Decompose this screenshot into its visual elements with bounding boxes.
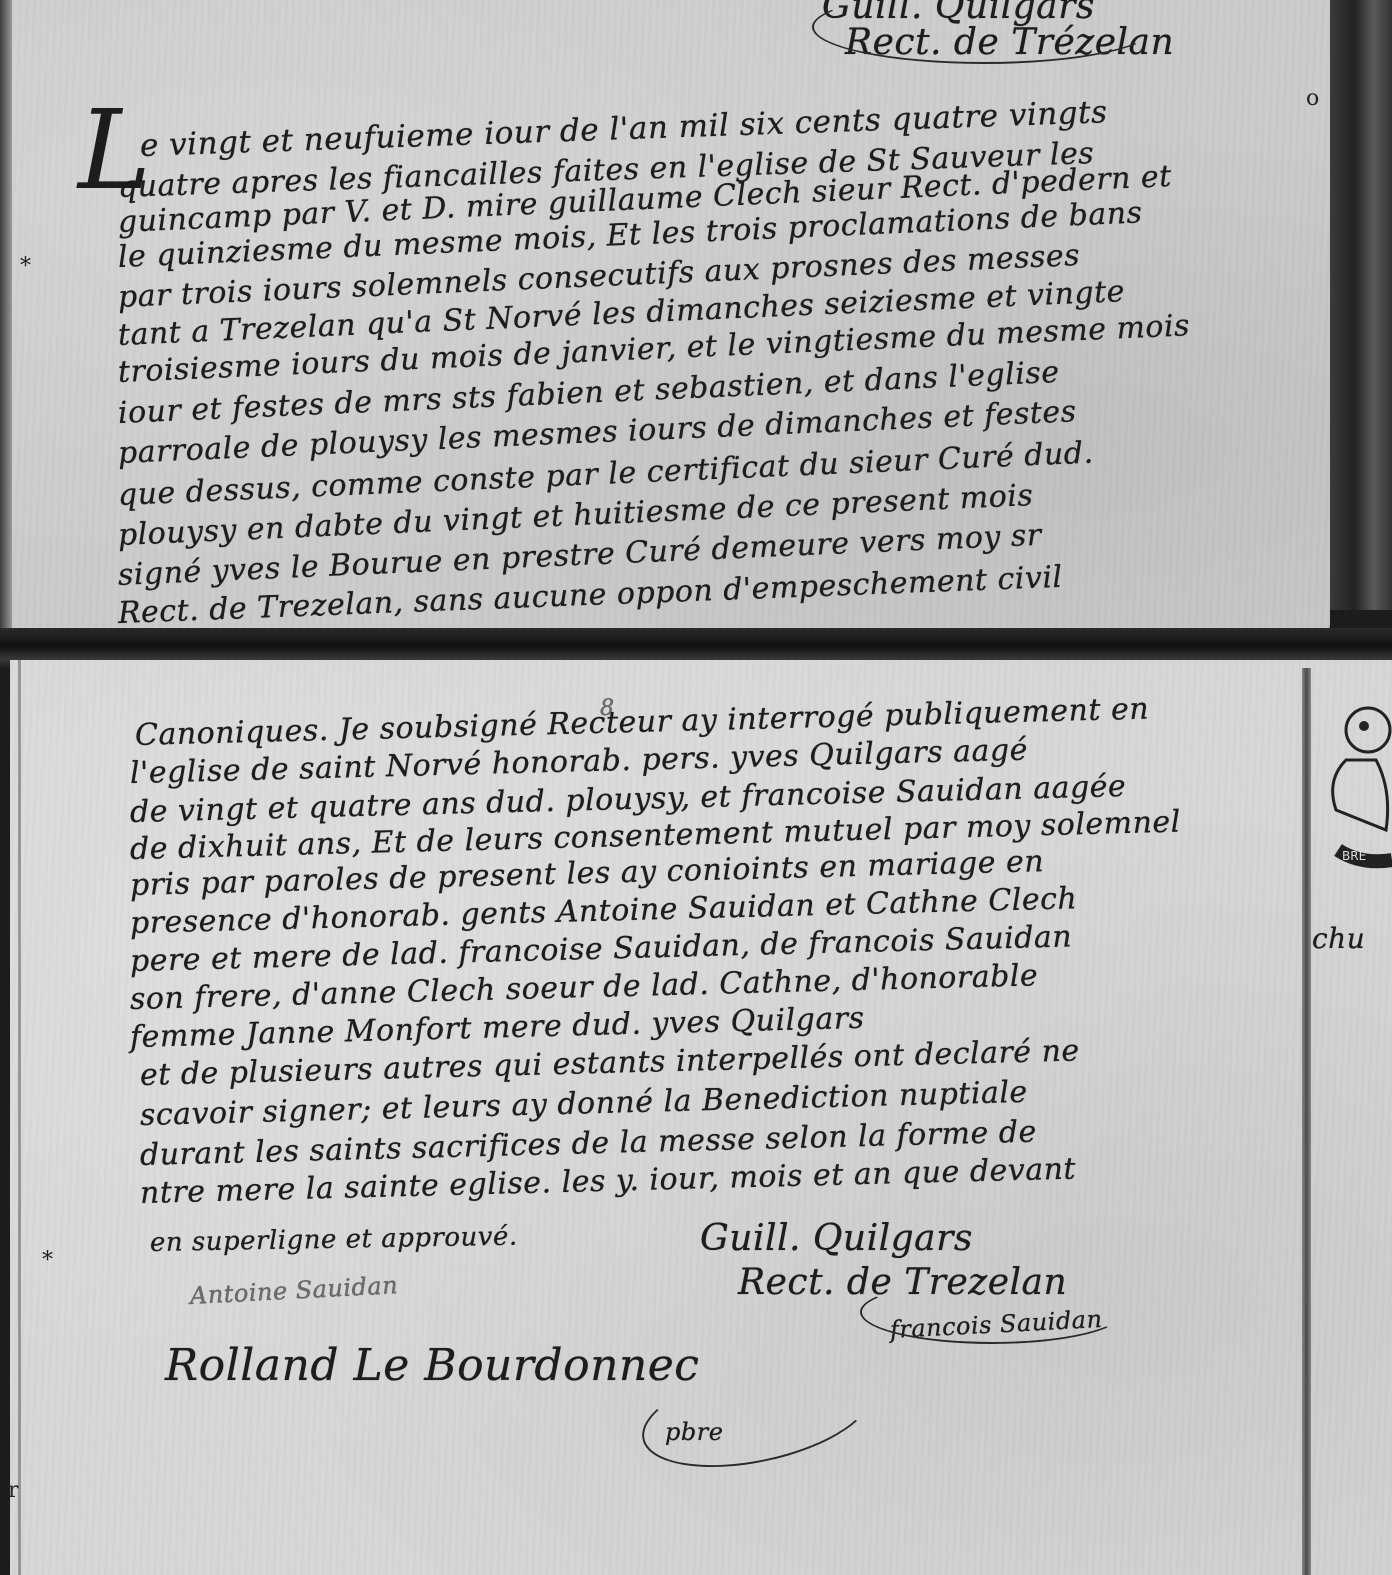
margin-rule (1302, 668, 1311, 1575)
margin-mark-star: * (20, 254, 31, 279)
page-edge-left (0, 0, 12, 642)
stamp-icon: BRE (1316, 690, 1392, 890)
signature-rector-name: Guill. Quilgars (700, 1218, 973, 1259)
left-margin-line (18, 660, 21, 1575)
binding-shadow (1330, 0, 1392, 610)
right-margin-fragment: chu (1312, 922, 1365, 955)
margin-mark-star: * (42, 1248, 53, 1273)
signature-rolland: Rolland Le Bourdonnec (165, 1340, 699, 1391)
svg-text:BRE: BRE (1342, 849, 1366, 863)
signature-flourish (860, 1280, 1124, 1344)
text-line: en superligne et approuvé. (150, 1222, 518, 1258)
margin-mark-r: r (8, 1478, 19, 1503)
margin-mark-o: o (1306, 86, 1319, 111)
